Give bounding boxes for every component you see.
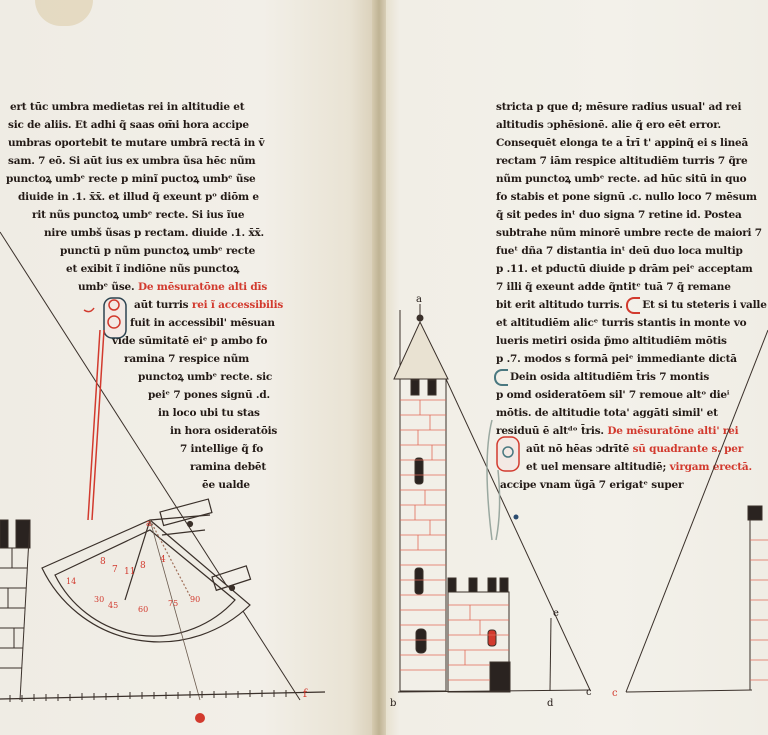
plumb-weight (195, 713, 205, 723)
svg-text:90: 90 (190, 595, 200, 604)
point-label-c: c (586, 687, 592, 698)
illuminated-initial (84, 298, 126, 520)
ground-line (0, 692, 325, 699)
svg-text:11: 11 (124, 567, 135, 577)
svg-text:8: 8 (100, 557, 106, 567)
quadrant-instrument (42, 499, 251, 700)
svg-text:8: 8 (140, 561, 146, 571)
svg-text:45: 45 (108, 601, 118, 610)
svg-text:4: 4 (160, 555, 166, 565)
svg-text:75: 75 (168, 599, 178, 608)
illuminated-initial-right (487, 420, 519, 540)
point-label-d: d (547, 698, 554, 709)
right-tower-brickwork (750, 540, 768, 680)
svg-text:14: 14 (66, 577, 76, 586)
quadrant-label: a (146, 519, 152, 529)
manuscript-illustrations: a 8 7 11 8 4 14 30 45 60 75 90 f (0, 0, 768, 735)
point-label-c-red: c (612, 688, 618, 699)
point-label-b: b (390, 698, 396, 709)
svg-text:30: 30 (94, 595, 104, 604)
point-label-a: a (416, 294, 422, 305)
point-label-e: e (553, 608, 559, 619)
ground-label: f (303, 687, 308, 700)
left-tower-fragment (0, 520, 30, 700)
svg-text:7: 7 (112, 565, 118, 575)
svg-text:60: 60 (138, 605, 148, 614)
